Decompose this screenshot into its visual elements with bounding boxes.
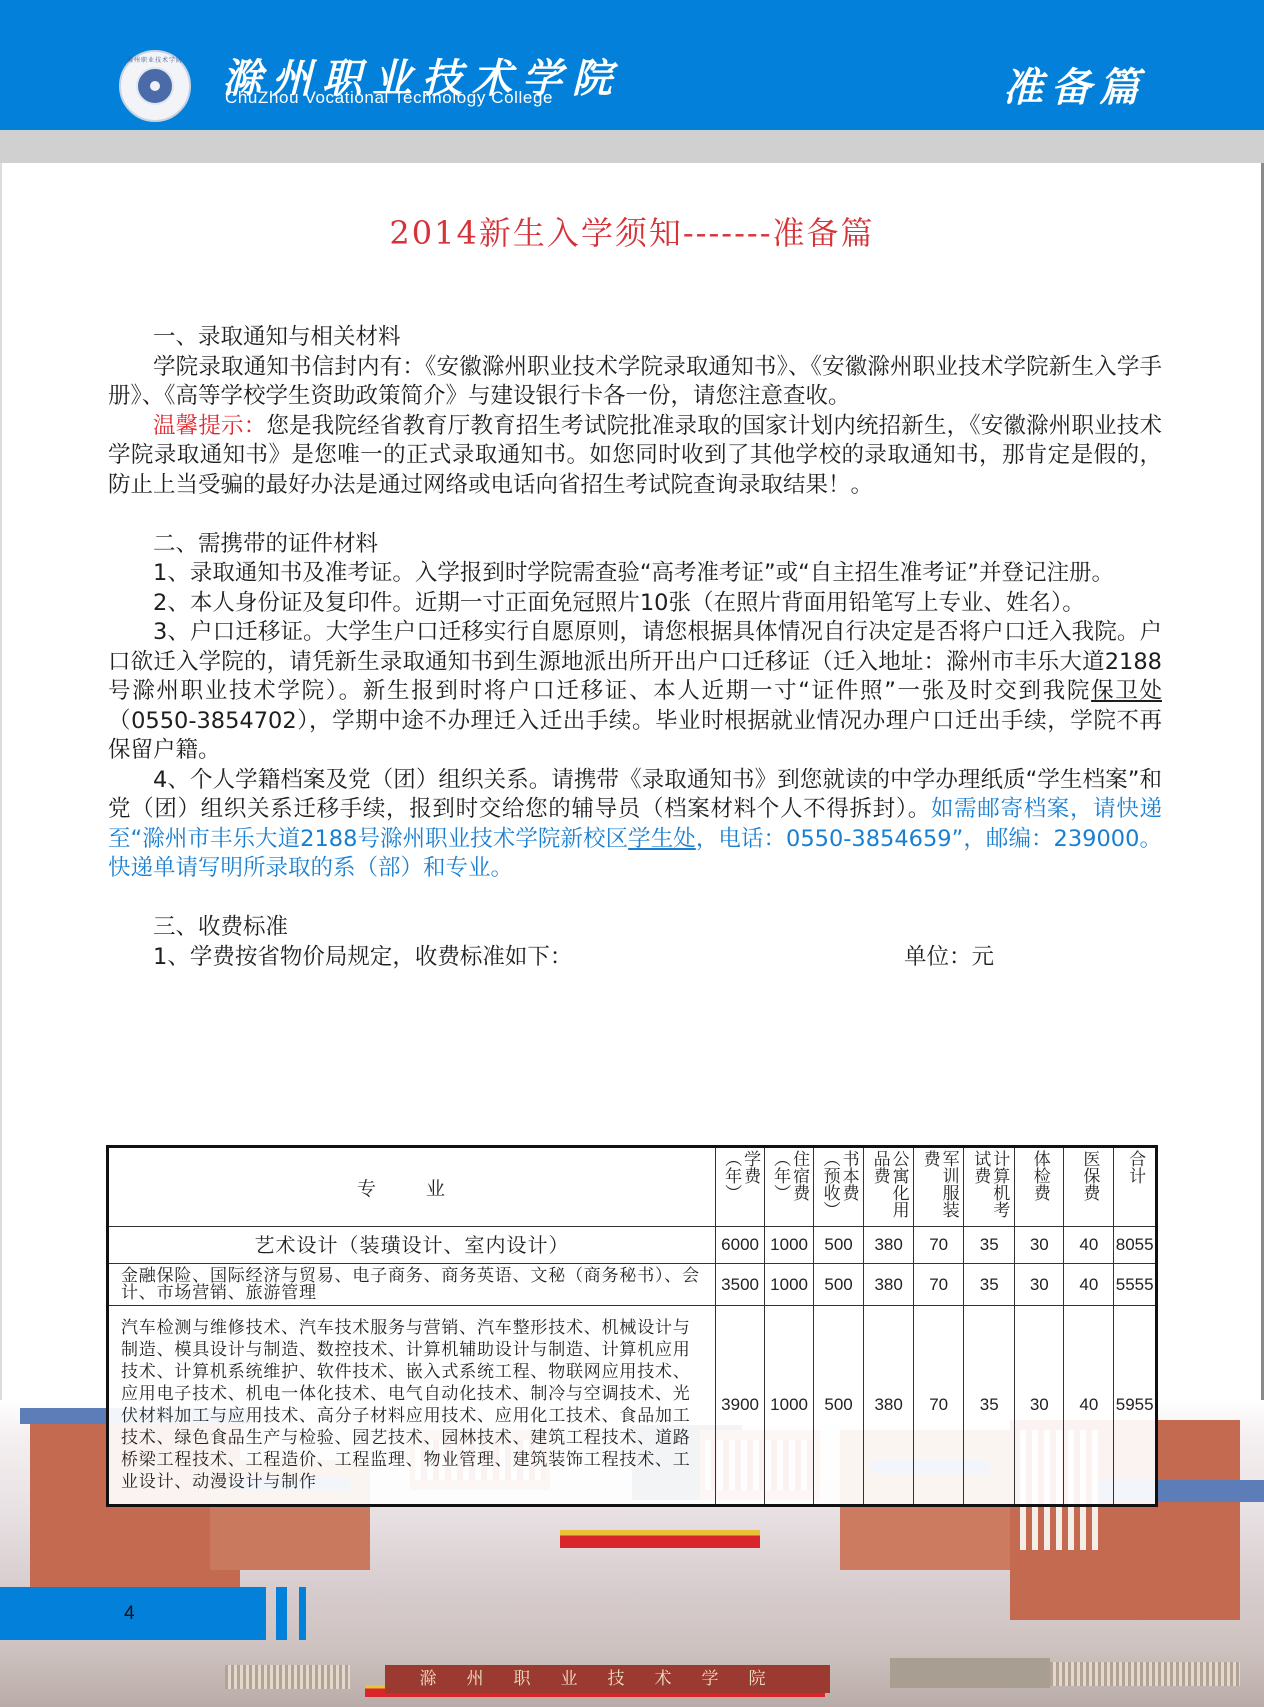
cell-computer-exam: 35: [964, 1264, 1015, 1306]
cell-insurance: 40: [1064, 1306, 1114, 1506]
section-2-item-2: 2、本人身份证及复印件。近期一寸正面免冠照片10张（在照片背面用铅笔写上专业、姓…: [108, 589, 1162, 619]
college-name-en: ChuZhou Vocational Technology College: [225, 88, 553, 108]
cell-military: 70: [914, 1264, 964, 1306]
table-row: 汽车检测与维修技术、汽车技术服务与营销、汽车整形技术、机械设计与制造、模具设计与…: [108, 1306, 1157, 1506]
student-office-link[interactable]: 学生处: [628, 826, 696, 852]
unit-label: 单位：元: [904, 943, 994, 973]
cell-dorm: 1000: [765, 1264, 814, 1306]
table-row: 艺术设计（装璜设计、室内设计） 6000 1000 500 380 70 35 …: [108, 1227, 1157, 1264]
cell-apartment: 380: [864, 1227, 914, 1264]
retractable-gate: [1050, 1662, 1240, 1686]
section-3-heading: 三、收费标准: [108, 913, 1162, 943]
section-1-paragraph: 学院录取通知书信封内有：《安徽滁州职业技术学院录取通知书》、《安徽滁州职业技术学…: [108, 353, 1162, 412]
header-gray-strip: [0, 130, 1264, 163]
cell-total: 5955: [1114, 1306, 1157, 1506]
cell-tuition: 6000: [716, 1227, 765, 1264]
decor-bar: [276, 1587, 287, 1640]
header-total: 合计: [1114, 1147, 1157, 1227]
college-seal-logo-icon: 滁州职业技术学院: [119, 50, 191, 122]
tip-label: 温馨提示：: [153, 413, 266, 439]
section-label: 准备篇: [1003, 56, 1147, 113]
retractable-gate: [225, 1665, 350, 1689]
page-title: 2014新生入学须知-------准备篇: [0, 208, 1264, 254]
table-header-row: 专 业 学费︵年︶ 住宿费︵年︶ 书本费︵预收︶ 公寓化用品费 军训服装费 计算…: [108, 1147, 1157, 1227]
cell-books: 500: [814, 1306, 864, 1506]
section-2-heading: 二、需携带的证件材料: [108, 530, 1162, 560]
cell-insurance: 40: [1064, 1264, 1114, 1306]
decor-bar: [299, 1587, 306, 1640]
header-medical-exam: 体检费: [1015, 1147, 1064, 1227]
fee-subheading: 1、学费按省物价局规定，收费标准如下：: [153, 944, 572, 970]
row-major: 汽车检测与维修技术、汽车技术服务与营销、汽车整形技术、机械设计与制造、模具设计与…: [108, 1306, 716, 1506]
header-military-uniform: 军训服装费: [914, 1147, 964, 1227]
header-apartment-supplies: 公寓化用品费: [864, 1147, 914, 1227]
cell-insurance: 40: [1064, 1227, 1114, 1264]
header-dorm: 住宿费︵年︶: [765, 1147, 814, 1227]
logo-ring-text: 滁州职业技术学院: [125, 55, 185, 64]
fee-table: 专 业 学费︵年︶ 住宿费︵年︶ 书本费︵预收︶ 公寓化用品费 军训服装费 计算…: [106, 1145, 1158, 1507]
header-medical-insurance: 医保费: [1064, 1147, 1114, 1227]
item-3-text-a: 3、户口迁移证。大学生户口迁移实行自愿原则，请您根据具体情况自行决定是否将户口迁…: [108, 619, 1162, 704]
cell-tuition: 3900: [716, 1306, 765, 1506]
cell-total: 5555: [1114, 1264, 1157, 1306]
section-2-item-4: 4、个人学籍档案及党（团）组织关系。请携带《录取通知书》到您就读的中学办理纸质“…: [108, 766, 1162, 884]
section-2-item-1: 1、录取通知书及准考证。入学报到时学院需查验“高考准考证”或“自主招生准考证”并…: [108, 559, 1162, 589]
cell-medical-exam: 30: [1015, 1306, 1064, 1506]
cell-dorm: 1000: [765, 1306, 814, 1506]
cell-dorm: 1000: [765, 1227, 814, 1264]
cell-apartment: 380: [864, 1306, 914, 1506]
section-1-heading: 一、录取通知与相关材料: [108, 323, 1162, 353]
logo-core: [150, 81, 160, 91]
page-number: 4: [0, 1587, 266, 1640]
security-office-link[interactable]: 保卫处: [1091, 678, 1162, 704]
cell-computer-exam: 35: [964, 1227, 1015, 1264]
header-tuition: 学费︵年︶: [716, 1147, 765, 1227]
table-row: 金融保险、国际经济与贸易、电子商务、商务英语、文秘（商务秘书）、会计、市场营销、…: [108, 1264, 1157, 1306]
header-books: 书本费︵预收︶: [814, 1147, 864, 1227]
cell-books: 500: [814, 1264, 864, 1306]
gate-wall: [890, 1658, 1050, 1688]
header-major: 专 业: [108, 1147, 716, 1227]
spacer: [108, 500, 1162, 530]
tip-text: 您是我院经省教育厅教育招生考试院批准录取的国家计划内统招新生，《安徽滁州职业技术…: [108, 413, 1162, 498]
cell-computer-exam: 35: [964, 1306, 1015, 1506]
logo-emblem: [136, 67, 174, 105]
campus-sign: 滁州职业技术学院: [385, 1665, 830, 1693]
section-2-item-3: 3、户口迁移证。大学生户口迁移实行自愿原则，请您根据具体情况自行决定是否将户口迁…: [108, 618, 1162, 766]
section-1-tip: 温馨提示：您是我院经省教育厅教育招生考试院批准录取的国家计划内统招新生，《安徽滁…: [108, 412, 1162, 501]
row-major: 艺术设计（装璜设计、室内设计）: [108, 1227, 716, 1264]
section-3-subheading: 1、学费按省物价局规定，收费标准如下：单位：元: [108, 943, 1162, 973]
cell-apartment: 380: [864, 1264, 914, 1306]
cell-military: 70: [914, 1306, 964, 1506]
spacer: [108, 884, 1162, 914]
cell-medical-exam: 30: [1015, 1264, 1064, 1306]
row-major: 金融保险、国际经济与贸易、电子商务、商务英语、文秘（商务秘书）、会计、市场营销、…: [108, 1264, 716, 1306]
cell-tuition: 3500: [716, 1264, 765, 1306]
cell-military: 70: [914, 1227, 964, 1264]
header-computer-exam: 计算机考试费: [964, 1147, 1015, 1227]
cell-medical-exam: 30: [1015, 1227, 1064, 1264]
item-3-text-b: （0550-3854702），学期中途不办理迁入迁出手续。毕业时根据就业情况办理…: [108, 708, 1162, 764]
document-body: 一、录取通知与相关材料 学院录取通知书信封内有：《安徽滁州职业技术学院录取通知书…: [108, 323, 1162, 972]
flower-bed: [560, 1530, 760, 1548]
cell-books: 500: [814, 1227, 864, 1264]
cell-total: 8055: [1114, 1227, 1157, 1264]
